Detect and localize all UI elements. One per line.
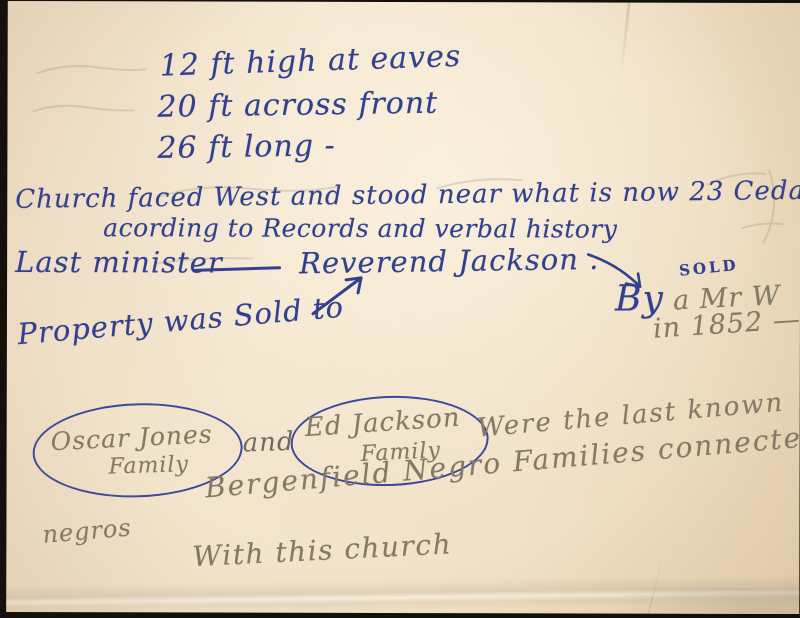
paper-sheet: 12 ft high at eaves 20 ft across front 2… <box>6 1 800 614</box>
with-church-line: With this church <box>192 527 453 573</box>
according-line: acording to Records and verbal history <box>103 213 617 243</box>
measurement-line-1: 12 ft high at eaves <box>159 39 462 84</box>
minister-label: Last minister <box>15 245 223 280</box>
conjunction-and: and <box>242 427 295 459</box>
minister-name: Reverend Jackson . <box>299 242 600 280</box>
church-location-line: Church faced West and stood near what is… <box>15 175 800 215</box>
shade-bottom-right <box>609 588 799 614</box>
measurement-line-2: 20 ft across front <box>157 86 438 125</box>
sold-label: SOLD <box>678 256 739 280</box>
property-sold-line: Property was Sold to <box>16 290 345 352</box>
crease-top <box>620 3 631 75</box>
margin-word-negros: negros <box>41 513 132 548</box>
scanned-note-page: { "page": { "description": "Handwritten … <box>0 0 800 618</box>
measurement-line-3: 26 ft long - <box>157 128 336 166</box>
oval1-sub: Family <box>108 452 189 480</box>
